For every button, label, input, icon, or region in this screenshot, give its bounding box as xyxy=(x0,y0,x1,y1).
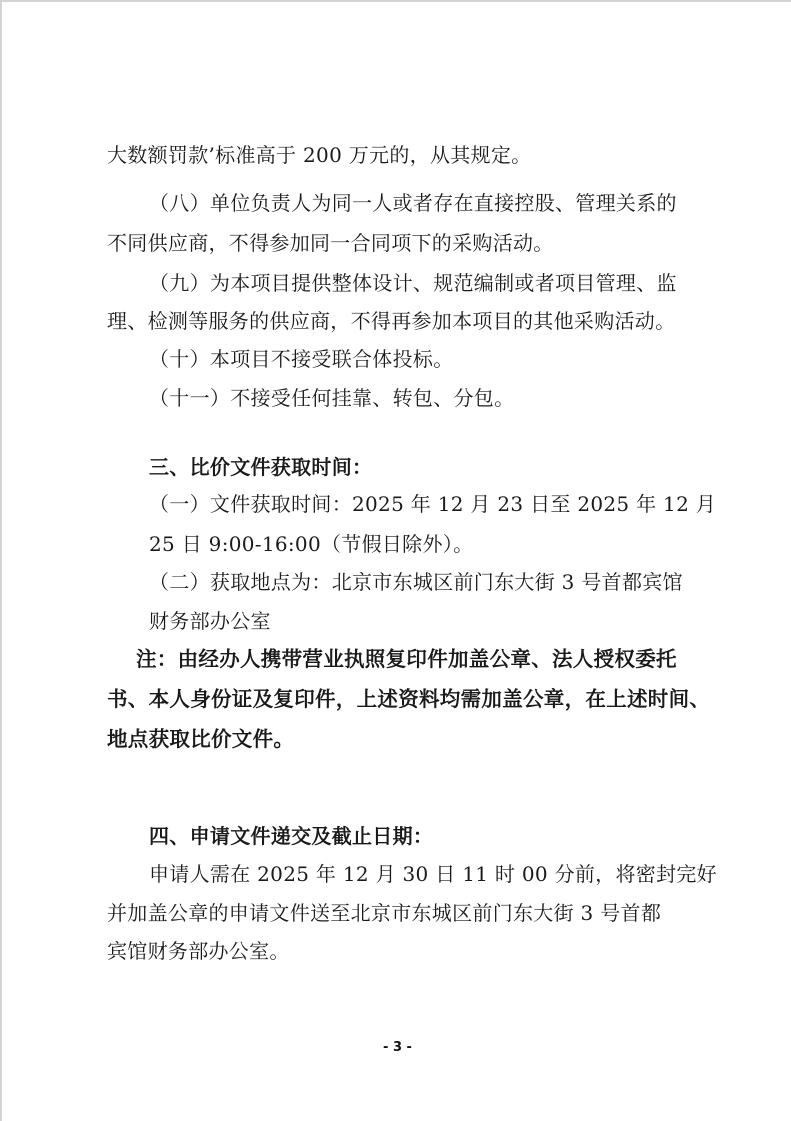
page-number: - 3 - xyxy=(2,1040,791,1055)
document-page: 大数额罚款’标准高于 200 万元的，从其规定。 （八）单位负责人为同一人或者存… xyxy=(0,0,791,1121)
section-3-heading: 三、比价文件获取时间： xyxy=(149,455,372,479)
section-3-item-1-line-1: （一）文件获取时间：2025 年 12 月 23 日至 2025 年 12 月 xyxy=(149,492,716,516)
note-line-3: 地点获取比价文件。 xyxy=(107,727,294,751)
section-4-para-line-3: 宾馆财务部办公室。 xyxy=(107,939,290,963)
section-3-item-2-line-2: 财务部办公室 xyxy=(149,609,271,633)
item-8-line-1: （八）单位负责人为同一人或者存在直接控股、管理关系的 xyxy=(149,191,677,215)
item-10-line: （十）本项目不接受联合体投标。 xyxy=(149,347,454,371)
section-3-item-1-line-2: 25 日 9:00-16:00（节假日除外）。 xyxy=(149,532,473,556)
section-4-para-line-2: 并加盖公章的申请文件送至北京市东城区前门东大街 3 号首都 xyxy=(107,901,661,925)
note-line-2: 书、本人身份证及复印件，上述资料均需加盖公章，在上述时间、 xyxy=(107,687,710,711)
item-11-line: （十一）不接受任何挂靠、转包、分包。 xyxy=(149,386,514,410)
section-4-heading: 四、申请文件递交及截止日期： xyxy=(149,824,433,848)
item-9-line-1: （九）为本项目提供整体设计、规范编制或者项目管理、监 xyxy=(149,271,677,295)
item-8-line-2: 不同供应商，不得参加同一合同项下的采购活动。 xyxy=(107,231,554,255)
section-4-para-line-1: 申请人需在 2025 年 12 月 30 日 11 时 00 分前，将密封完好 xyxy=(149,862,717,886)
note-line-1: 注：由经办人携带营业执照复印件加盖公章、法人授权委托 xyxy=(136,647,677,671)
item-9-line-2: 理、检测等服务的供应商，不得再参加本项目的其他采购活动。 xyxy=(107,309,675,333)
section-3-item-2-line-1: （二）获取地点为：北京市东城区前门东大街 3 号首都宾馆 xyxy=(149,570,683,594)
continuation-line: 大数额罚款’标准高于 200 万元的，从其规定。 xyxy=(107,143,531,167)
